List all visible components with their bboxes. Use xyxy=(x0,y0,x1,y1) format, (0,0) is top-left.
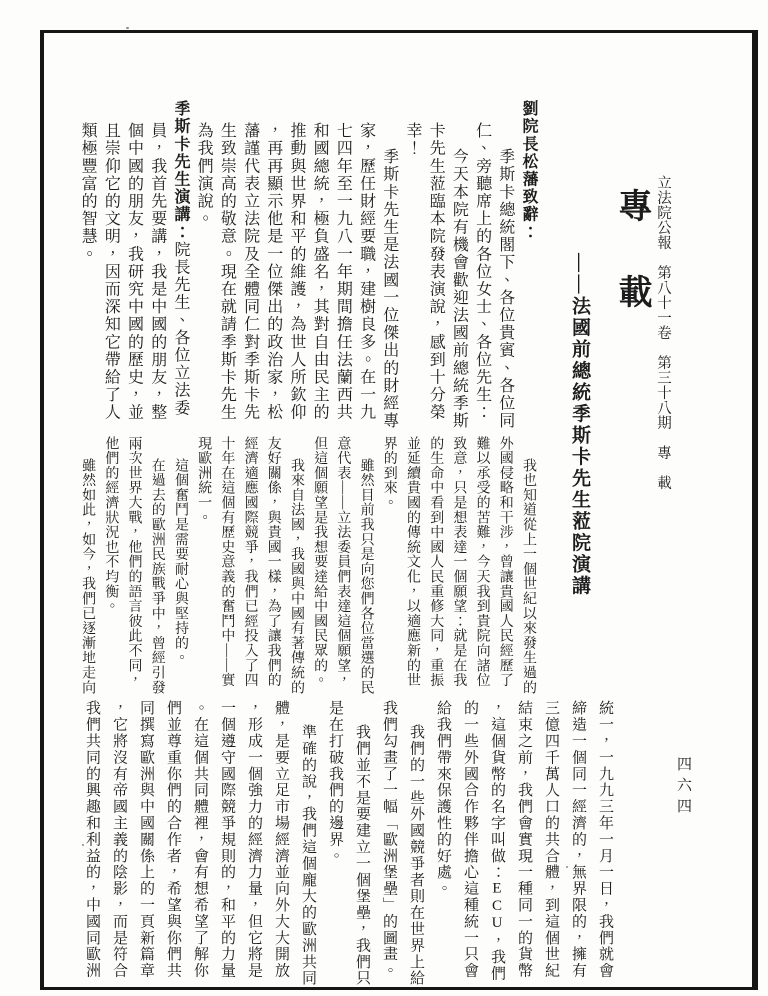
paragraph-wish: 雖然目前我只是向您們各位當選的民意代表——立法委員們表達這個願望，但這個願望是我… xyxy=(308,436,378,695)
paragraph-welcome: 今天本院有機會歡迎法國前總統季斯卡先生蒞臨本院發表演說，感到十分榮幸！ xyxy=(401,122,471,430)
paragraph-perseverance: 這個奮鬥是需要耐心與堅持的。 xyxy=(169,436,192,695)
paragraph-introduction: 季斯卡先生是法國一位傑出的財經專家，歷任財經要職，建樹良多。在一九七四年至一九八… xyxy=(192,122,401,430)
paragraph-toward-unity: 雖然如此，如今，我們已逐漸地走向 xyxy=(76,436,99,695)
paragraph-greeting: 季斯卡總統閣下、各位貴賓、各位同仁、旁聽席上的各位女士、各位先生： xyxy=(470,122,516,430)
speech-band-middle: 我也知道從上一個世紀以來發生過的外國侵略和干涉，曾讓貴國人民經歷了難以承受的苦難… xyxy=(76,436,540,695)
speech-band-top: 劉院長松藩致辭： 季斯卡總統閣下、各位貴賓、各位同仁、旁聽席上的各位女士、各位先… xyxy=(76,100,540,430)
paragraph-breaking-borders: 我們並不是要建立一個堡壘，我們只是在打破我們的邊界。 xyxy=(321,700,375,987)
paragraph-unification: 統一，一九九三年一月一日，我們就會締造一個同一經濟的，無界限的，擁有三億四千萬人… xyxy=(429,700,618,987)
speaker-liu-heading: 劉院長松藩致辭： xyxy=(517,122,540,430)
article-title: ——法國前總統季斯卡先生蒞院演講 xyxy=(566,253,593,597)
page-number: 四六四 xyxy=(673,756,694,819)
paragraph-france-relation: 我來自法國，我國與中國有著傳統的友好關係，與貴國一樣，為了讓我們的經濟適應國際競… xyxy=(192,436,308,695)
gazette-page: { "masthead": { "gazette_line": "立法院公報 第… xyxy=(0,0,768,996)
paragraph-history: 我也知道從上一個世紀以來發生過的外國侵略和干涉，曾讓貴國人民經歷了難以承受的苦難… xyxy=(378,436,540,695)
scan-speck xyxy=(126,27,129,29)
speech-band-bottom: 統一，一九九三年一月一日，我們就會締造一個同一經濟的，無界限的，擁有三億四千萬人… xyxy=(78,700,618,987)
section-title: 專載 xyxy=(607,188,656,360)
scan-speck xyxy=(566,866,568,868)
scan-speck xyxy=(82,844,84,846)
unification-text-before-ecu: 統一，一九九三年一月一日，我們就會締造一個同一經濟的，無界限的，擁有三億四千萬人… xyxy=(489,700,613,979)
paragraph-european-wars: 在過去的歐洲民族戰爭中，曾經引發兩次世界大戰，他們的語言彼此不同，他們的經濟狀況… xyxy=(99,436,169,695)
paragraph-european-community: 準確的說，我們這個龐大的歐洲共同體，是要立足市場經濟並向外大大開放，形成一個強力… xyxy=(78,700,321,987)
paragraph-fortress-image: 我們的一些外國競爭者則在世界上給我們勾畫了一幅「歐洲堡壘」的圖畫。 xyxy=(375,700,429,987)
speaker-giscard-heading: 季斯卡先生演講： xyxy=(172,100,189,241)
gazette-header: 立法院公報 第八十一卷 第三十八期 專 載 xyxy=(653,175,674,490)
paragraph-giscard-opening: 季斯卡先生演講：院長先生、各位立法委員，我首先要講，我是中國的朋友，整個中國的朋… xyxy=(76,122,192,430)
ecu-currency-name: ECU xyxy=(489,880,505,932)
